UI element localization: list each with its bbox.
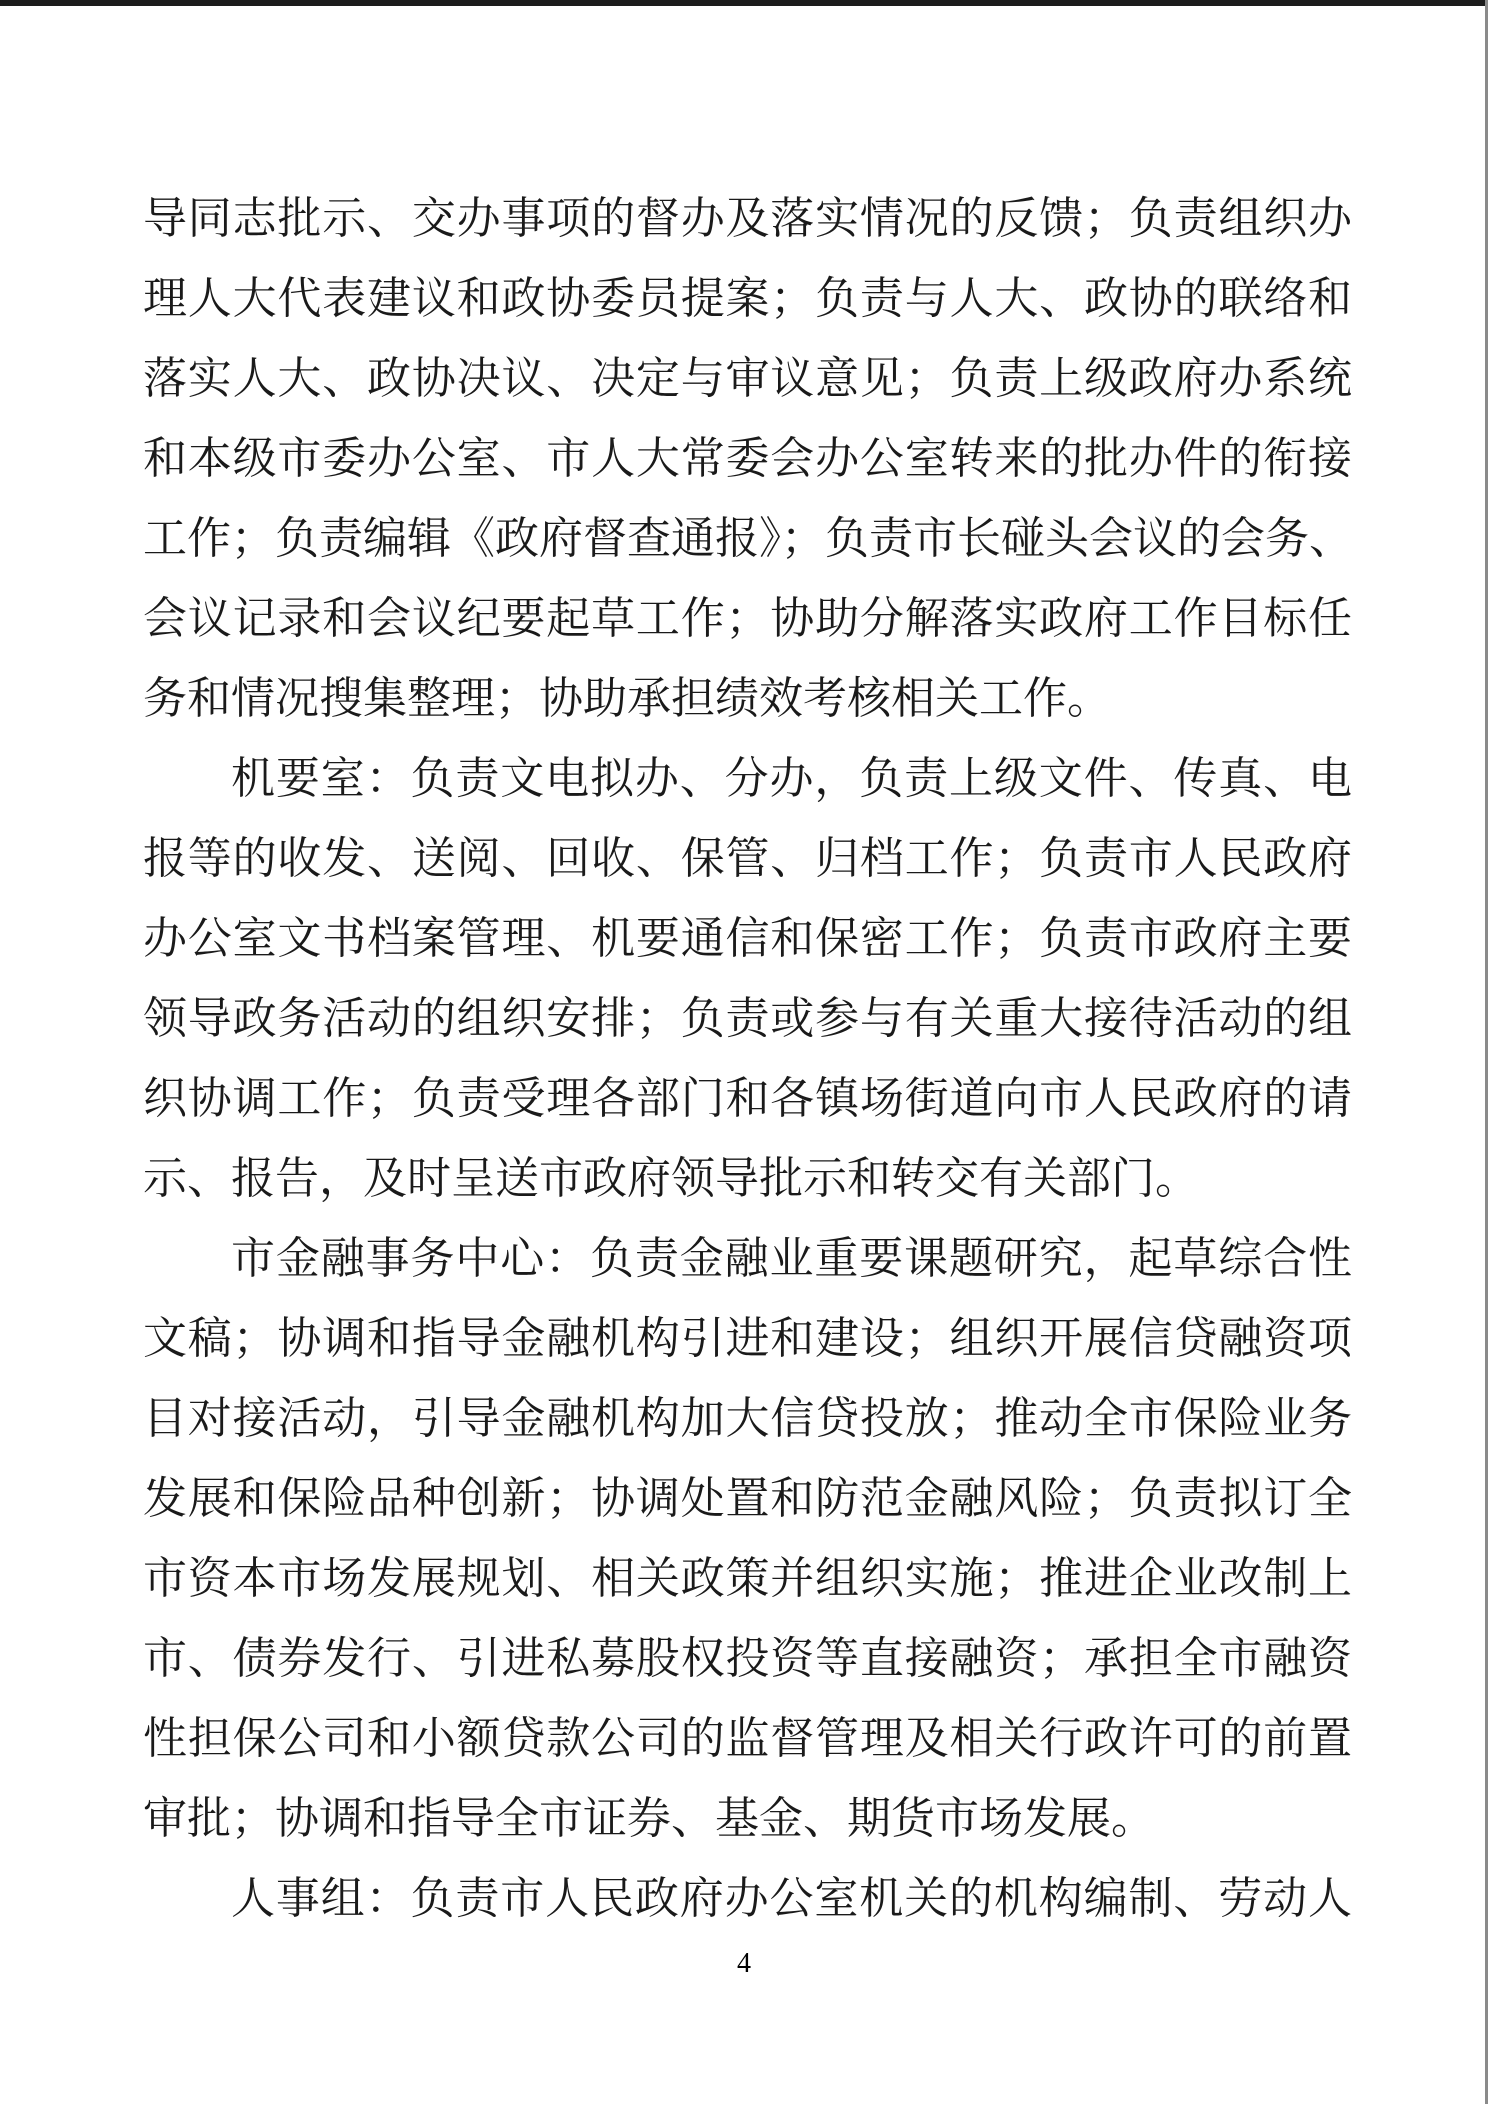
- text-line: 织协调工作；负责受理各部门和各镇场街道向市人民政府的请: [143, 1059, 1352, 1139]
- text-line: 落实人大、政协决议、决定与审议意见；负责上级政府办系统: [143, 339, 1352, 419]
- text-line: 示、报告，及时呈送市政府领导批示和转交有关部门。: [143, 1139, 1352, 1219]
- text-line: 理人大代表建议和政协委员提案；负责与人大、政协的联络和: [143, 259, 1352, 339]
- text-line: 市资本市场发展规划、相关政策并组织实施；推进企业改制上: [143, 1539, 1352, 1619]
- top-border-bar: [0, 0, 1488, 6]
- text-line: 市金融事务中心：负责金融业重要课题研究，起草综合性: [143, 1219, 1352, 1299]
- text-line: 务和情况搜集整理；协助承担绩效考核相关工作。: [143, 659, 1352, 739]
- text-line: 人事组：负责市人民政府办公室机关的机构编制、劳动人: [143, 1859, 1352, 1939]
- text-line: 报等的收发、送阅、回收、保管、归档工作；负责市人民政府: [143, 819, 1352, 899]
- page-number: 4: [0, 1948, 1488, 1980]
- document-body: 导同志批示、交办事项的督办及落实情况的反馈；负责组织办理人大代表建议和政协委员提…: [143, 179, 1352, 1939]
- paragraph: 导同志批示、交办事项的督办及落实情况的反馈；负责组织办理人大代表建议和政协委员提…: [143, 179, 1352, 739]
- text-line: 领导政务活动的组织安排；负责或参与有关重大接待活动的组: [143, 979, 1352, 1059]
- text-line: 会议记录和会议纪要起草工作；协助分解落实政府工作目标任: [143, 579, 1352, 659]
- text-line: 审批；协调和指导全市证券、基金、期货市场发展。: [143, 1779, 1352, 1859]
- text-line: 机要室：负责文电拟办、分办，负责上级文件、传真、电: [143, 739, 1352, 819]
- text-line: 办公室文书档案管理、机要通信和保密工作；负责市政府主要: [143, 899, 1352, 979]
- text-line: 文稿；协调和指导金融机构引进和建设；组织开展信贷融资项: [143, 1299, 1352, 1379]
- text-line: 工作；负责编辑《政府督查通报》；负责市长碰头会议的会务、: [143, 499, 1352, 579]
- text-line: 目对接活动，引导金融机构加大信贷投放；推动全市保险业务: [143, 1379, 1352, 1459]
- text-line: 发展和保险品种创新；协调处置和防范金融风险；负责拟订全: [143, 1459, 1352, 1539]
- paragraph: 机要室：负责文电拟办、分办，负责上级文件、传真、电报等的收发、送阅、回收、保管、…: [143, 739, 1352, 1219]
- paragraph: 人事组：负责市人民政府办公室机关的机构编制、劳动人: [143, 1859, 1352, 1939]
- text-line: 导同志批示、交办事项的督办及落实情况的反馈；负责组织办: [143, 179, 1352, 259]
- paragraph: 市金融事务中心：负责金融业重要课题研究，起草综合性文稿；协调和指导金融机构引进和…: [143, 1219, 1352, 1859]
- text-line: 性担保公司和小额贷款公司的监督管理及相关行政许可的前置: [143, 1699, 1352, 1779]
- text-line: 市、债券发行、引进私募股权投资等直接融资；承担全市融资: [143, 1619, 1352, 1699]
- text-line: 和本级市委办公室、市人大常委会办公室转来的批办件的衔接: [143, 419, 1352, 499]
